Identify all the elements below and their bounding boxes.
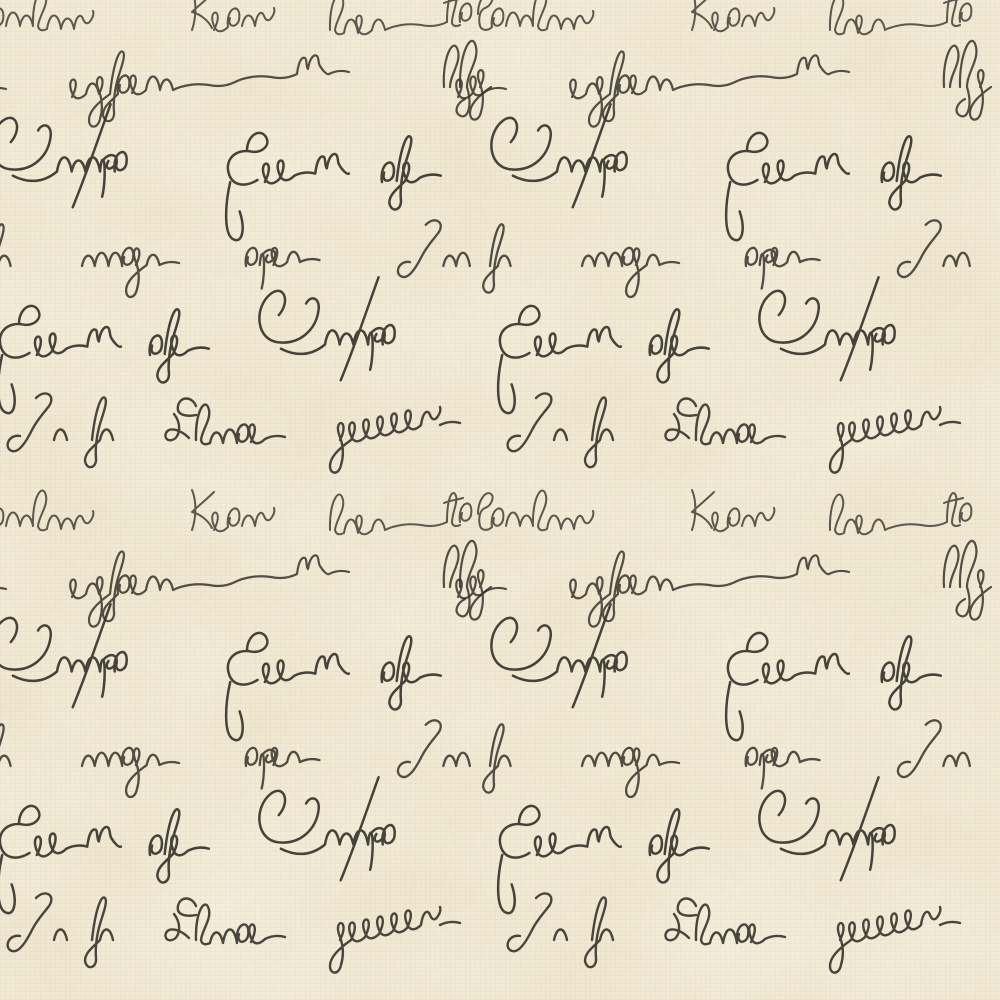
vintage-script-wallpaper [0, 0, 1000, 1000]
handwriting-pattern-svg [0, 0, 1000, 1000]
